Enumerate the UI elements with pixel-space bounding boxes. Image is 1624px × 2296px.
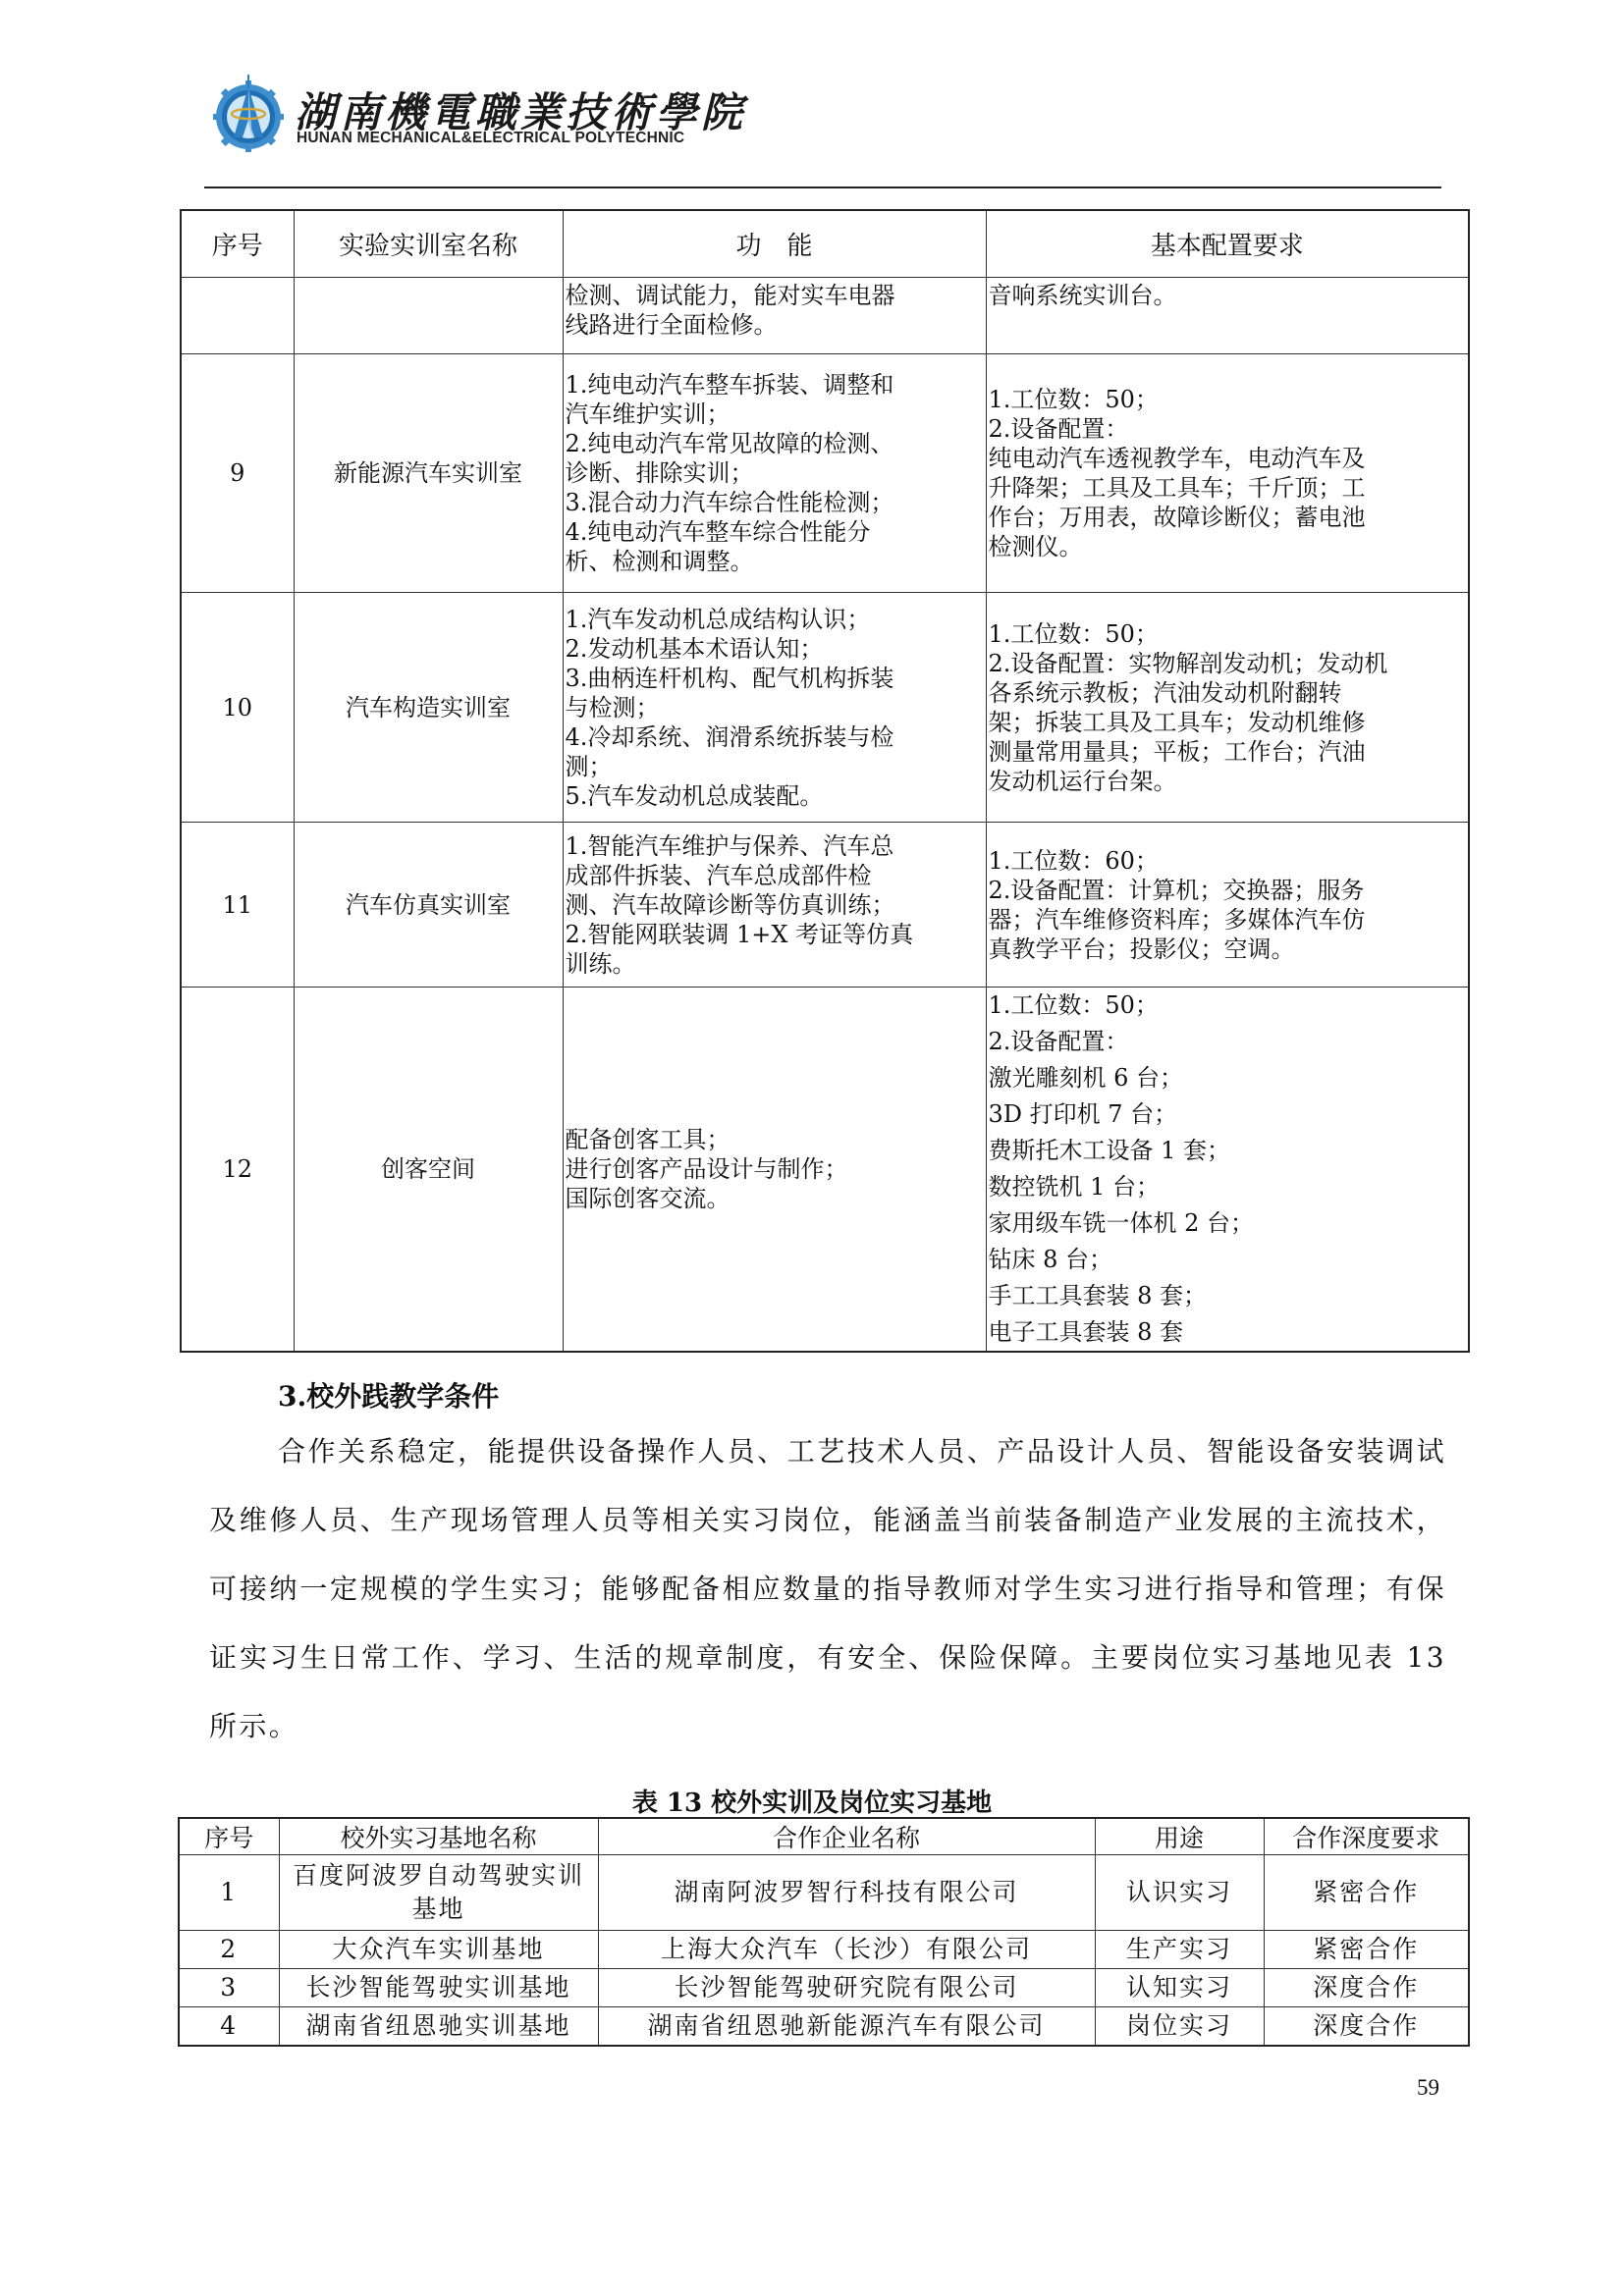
function-line: 检测、调试能力，能对实车电器 bbox=[566, 281, 985, 310]
row-depth: 紧密合作 bbox=[1264, 1855, 1469, 1931]
row-function: 1.纯电动汽车整车拆装、调整和 汽车维护实训； 2.纯电动汽车常见故障的检测、 … bbox=[563, 354, 986, 593]
table-row: 4 湖南省纽恩驰实训基地 湖南省纽恩驰新能源汽车有限公司 岗位实习 深度合作 bbox=[179, 2007, 1469, 2046]
config-line: 1.工位数：60； bbox=[989, 846, 1468, 876]
row-base-name: 湖南省纽恩驰实训基地 bbox=[279, 2007, 598, 2046]
config-line: 激光雕刻机 6 台； bbox=[989, 1060, 1468, 1096]
config-line: 1.工位数：50； bbox=[989, 619, 1468, 649]
config-line: 器；汽车维修资料库；多媒体汽车仿 bbox=[989, 905, 1468, 934]
config-line: 纯电动汽车透视教学车，电动汽车及 bbox=[989, 444, 1468, 473]
row-base-name: 大众汽车实训基地 bbox=[279, 1931, 598, 1969]
function-line: 配备创客工具； bbox=[566, 1125, 985, 1154]
config-line: 发动机运行台架。 bbox=[989, 767, 1468, 796]
college-logo-icon bbox=[208, 73, 289, 153]
function-line: 3.曲柄连杆机构、配气机构拆装 bbox=[566, 664, 985, 693]
config-line: 电子工具套装 8 套 bbox=[989, 1314, 1468, 1351]
practice-base-table: 序号 校外实习基地名称 合作企业名称 用途 合作深度要求 1 百度阿波罗自动驾驶… bbox=[178, 1817, 1470, 2047]
table-header-row: 序号 实验实训室名称 功 能 基本配置要求 bbox=[181, 210, 1469, 278]
header-config: 基本配置要求 bbox=[986, 210, 1469, 278]
function-line: 1.纯电动汽车整车拆装、调整和 bbox=[566, 370, 985, 400]
row-config: 1.工位数：50； 2.设备配置： 激光雕刻机 6 台； 3D 打印机 7 台；… bbox=[986, 988, 1469, 1353]
function-line: 4.冷却系统、润滑系统拆装与检 bbox=[566, 722, 985, 752]
row-lab-name bbox=[294, 278, 563, 354]
function-line: 2.纯电动汽车常见故障的检测、 bbox=[566, 429, 985, 458]
config-line: 2.设备配置： bbox=[989, 1024, 1468, 1060]
function-line: 训练。 bbox=[566, 949, 985, 979]
section-paragraph: 合作关系稳定，能提供设备操作人员、工艺技术人员、产品设计人员、智能设备安装调试及… bbox=[209, 1417, 1446, 1761]
header-lab-name: 实验实训室名称 bbox=[294, 210, 563, 278]
header-no: 序号 bbox=[181, 210, 294, 278]
function-line: 测； bbox=[566, 752, 985, 781]
header-function: 功 能 bbox=[563, 210, 986, 278]
row-lab-name: 新能源汽车实训室 bbox=[294, 354, 563, 593]
function-line: 1.汽车发动机总成结构认识； bbox=[566, 605, 985, 634]
function-line: 国际创客交流。 bbox=[566, 1184, 985, 1213]
function-line: 2.智能网联装调 1+X 考证等仿真 bbox=[566, 920, 985, 949]
header-no: 序号 bbox=[179, 1818, 279, 1855]
table-row: 10 汽车构造实训室 1.汽车发动机总成结构认识； 2.发动机基本术语认知； 3… bbox=[181, 593, 1469, 823]
row-function: 1.汽车发动机总成结构认识； 2.发动机基本术语认知； 3.曲柄连杆机构、配气机… bbox=[563, 593, 986, 823]
function-line: 进行创客产品设计与制作； bbox=[566, 1154, 985, 1184]
row-lab-name: 汽车仿真实训室 bbox=[294, 823, 563, 988]
config-line: 真教学平台；投影仪；空调。 bbox=[989, 934, 1468, 964]
table-row: 2 大众汽车实训基地 上海大众汽车（长沙）有限公司 生产实习 紧密合作 bbox=[179, 1931, 1469, 1969]
header-company: 合作企业名称 bbox=[598, 1818, 1095, 1855]
table-row: 1 百度阿波罗自动驾驶实训基地 湖南阿波罗智行科技有限公司 认识实习 紧密合作 bbox=[179, 1855, 1469, 1931]
row-use: 认识实习 bbox=[1095, 1855, 1264, 1931]
config-line: 2.设备配置：实物解剖发动机；发动机 bbox=[989, 649, 1468, 678]
function-line: 线路进行全面检修。 bbox=[566, 310, 985, 340]
config-line: 数控铣机 1 台； bbox=[989, 1169, 1468, 1205]
row-function: 1.智能汽车维护与保养、汽车总 成部件拆装、汽车总成部件检 测、汽车故障诊断等仿… bbox=[563, 823, 986, 988]
row-no: 4 bbox=[179, 2007, 279, 2046]
row-config: 音响系统实训台。 bbox=[986, 278, 1469, 354]
config-line: 作台；万用表，故障诊断仪；蓄电池 bbox=[989, 503, 1468, 532]
table-row: 检测、调试能力，能对实车电器 线路进行全面检修。 音响系统实训台。 bbox=[181, 278, 1469, 354]
row-use: 生产实习 bbox=[1095, 1931, 1264, 1969]
table-caption: 表 13 校外实训及岗位实习基地 bbox=[0, 1783, 1624, 1819]
row-no: 9 bbox=[181, 354, 294, 593]
row-no: 3 bbox=[179, 1969, 279, 2007]
row-function: 检测、调试能力，能对实车电器 线路进行全面检修。 bbox=[563, 278, 986, 354]
function-line: 成部件拆装、汽车总成部件检 bbox=[566, 861, 985, 890]
function-line: 汽车维护实训； bbox=[566, 400, 985, 429]
row-config: 1.工位数：60； 2.设备配置：计算机；交换器；服务 器；汽车维修资料库；多媒… bbox=[986, 823, 1469, 988]
config-line: 各系统示教板；汽油发动机附翻转 bbox=[989, 678, 1468, 708]
row-company: 上海大众汽车（长沙）有限公司 bbox=[598, 1931, 1095, 1969]
table-row: 9 新能源汽车实训室 1.纯电动汽车整车拆装、调整和 汽车维护实训； 2.纯电动… bbox=[181, 354, 1469, 593]
function-line: 诊断、排除实训； bbox=[566, 458, 985, 488]
config-line: 钻床 8 台； bbox=[989, 1242, 1468, 1278]
page-number: 59 bbox=[1417, 2075, 1439, 2101]
row-no: 1 bbox=[179, 1855, 279, 1931]
config-line: 测量常用量具；平板；工作台；汽油 bbox=[989, 737, 1468, 767]
function-line: 5.汽车发动机总成装配。 bbox=[566, 781, 985, 811]
table-row: 11 汽车仿真实训室 1.智能汽车维护与保养、汽车总 成部件拆装、汽车总成部件检… bbox=[181, 823, 1469, 988]
row-base-name: 百度阿波罗自动驾驶实训基地 bbox=[279, 1855, 598, 1931]
config-line: 检测仪。 bbox=[989, 532, 1468, 561]
row-lab-name: 创客空间 bbox=[294, 988, 563, 1353]
lab-facilities-table: 序号 实验实训室名称 功 能 基本配置要求 检测、调试能力，能对实车电器 线路进… bbox=[180, 209, 1470, 1353]
function-line: 4.纯电动汽车整车综合性能分 bbox=[566, 517, 985, 547]
row-base-name: 长沙智能驾驶实训基地 bbox=[279, 1969, 598, 2007]
config-line: 3D 打印机 7 台； bbox=[989, 1096, 1468, 1133]
row-depth: 深度合作 bbox=[1264, 1969, 1469, 2007]
row-config: 1.工位数：50； 2.设备配置： 纯电动汽车透视教学车，电动汽车及 升降架；工… bbox=[986, 354, 1469, 593]
config-line: 音响系统实训台。 bbox=[989, 281, 1468, 310]
config-line: 升降架；工具及工具车；千斤顶；工 bbox=[989, 473, 1468, 503]
config-line: 架；拆装工具及工具车；发动机维修 bbox=[989, 708, 1468, 737]
function-line: 与检测； bbox=[566, 693, 985, 722]
header-depth: 合作深度要求 bbox=[1264, 1818, 1469, 1855]
header-divider bbox=[204, 187, 1441, 188]
row-function: 配备创客工具； 进行创客产品设计与制作； 国际创客交流。 bbox=[563, 988, 986, 1353]
table-header-row: 序号 校外实习基地名称 合作企业名称 用途 合作深度要求 bbox=[179, 1818, 1469, 1855]
function-line: 析、检测和调整。 bbox=[566, 547, 985, 576]
row-no: 12 bbox=[181, 988, 294, 1353]
row-lab-name: 汽车构造实训室 bbox=[294, 593, 563, 823]
row-depth: 深度合作 bbox=[1264, 2007, 1469, 2046]
row-company: 长沙智能驾驶研究院有限公司 bbox=[598, 1969, 1095, 2007]
row-use: 认知实习 bbox=[1095, 1969, 1264, 2007]
header-base-name: 校外实习基地名称 bbox=[279, 1818, 598, 1855]
section-title: 3.校外践教学条件 bbox=[278, 1375, 499, 1415]
function-line: 测、汽车故障诊断等仿真训练； bbox=[566, 890, 985, 920]
function-line: 1.智能汽车维护与保养、汽车总 bbox=[566, 831, 985, 861]
config-line: 家用级车铣一体机 2 台； bbox=[989, 1205, 1468, 1242]
config-line: 手工工具套装 8 套； bbox=[989, 1278, 1468, 1314]
row-use: 岗位实习 bbox=[1095, 2007, 1264, 2046]
row-config: 1.工位数：50； 2.设备配置：实物解剖发动机；发动机 各系统示教板；汽油发动… bbox=[986, 593, 1469, 823]
config-line: 1.工位数：50； bbox=[989, 988, 1468, 1024]
row-no: 11 bbox=[181, 823, 294, 988]
row-no: 10 bbox=[181, 593, 294, 823]
config-line: 2.设备配置： bbox=[989, 414, 1468, 444]
row-company: 湖南省纽恩驰新能源汽车有限公司 bbox=[598, 2007, 1095, 2046]
table-row: 3 长沙智能驾驶实训基地 长沙智能驾驶研究院有限公司 认知实习 深度合作 bbox=[179, 1969, 1469, 2007]
row-no bbox=[181, 278, 294, 354]
function-line: 2.发动机基本术语认知； bbox=[566, 634, 985, 664]
table-row: 12 创客空间 配备创客工具； 进行创客产品设计与制作； 国际创客交流。 1.工… bbox=[181, 988, 1469, 1353]
institution-name-en: HUNAN MECHANICAL&ELECTRICAL POLYTECHNIC bbox=[297, 130, 684, 147]
header-use: 用途 bbox=[1095, 1818, 1264, 1855]
row-no: 2 bbox=[179, 1931, 279, 1969]
config-line: 1.工位数：50； bbox=[989, 385, 1468, 414]
function-line: 3.混合动力汽车综合性能检测； bbox=[566, 488, 985, 517]
row-company: 湖南阿波罗智行科技有限公司 bbox=[598, 1855, 1095, 1931]
row-depth: 紧密合作 bbox=[1264, 1931, 1469, 1969]
config-line: 2.设备配置：计算机；交换器；服务 bbox=[989, 876, 1468, 905]
config-line: 费斯托木工设备 1 套； bbox=[989, 1133, 1468, 1169]
